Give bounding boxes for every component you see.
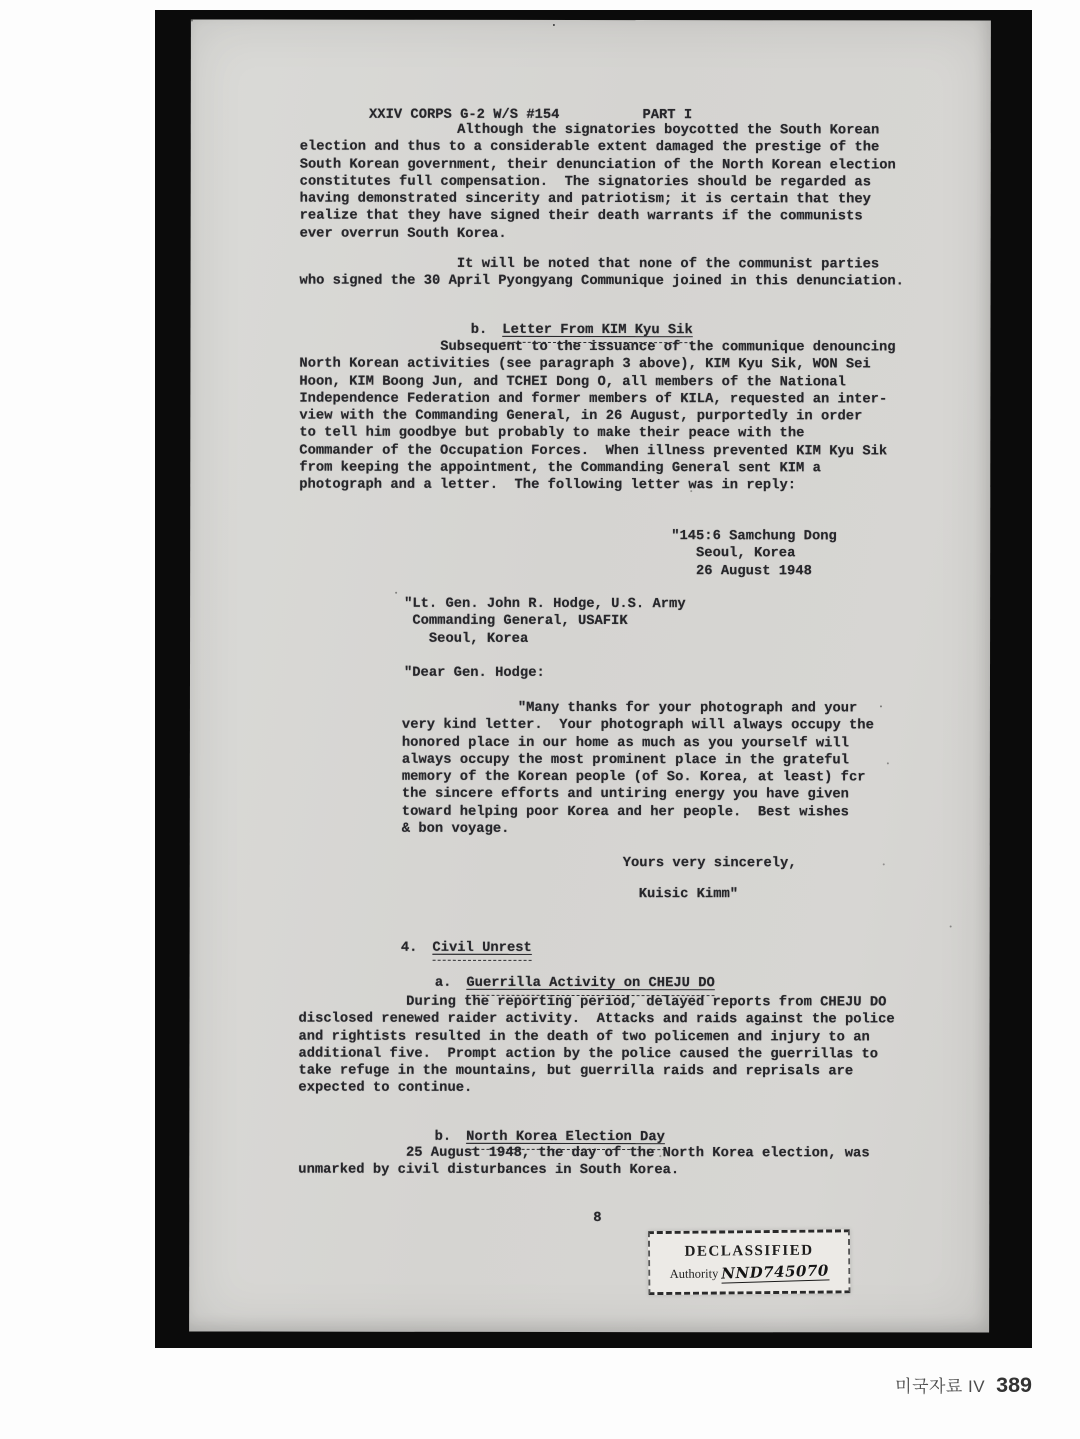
scan-frame: XXIV CORPS G-2 W/S #154PART I Although t… [155, 10, 1032, 1348]
scan-specks [191, 19, 193, 21]
heading-number: 4. [401, 940, 418, 957]
heading-number: b. [471, 322, 488, 339]
letter-signature: Kuisic Kimm" [639, 886, 738, 903]
declassified-stamp: DECLASSIFIED Authority NND745070 [648, 1229, 851, 1295]
book-footer: 미국자료 IV 389 [895, 1372, 1032, 1398]
letter-closing: Yours very sincerely, [623, 855, 797, 873]
letter-salutation: "Dear Gen. Hodge: [404, 665, 545, 682]
declassified-stamp-authority: Authority NND745070 [670, 1262, 829, 1282]
paragraph-election-day: 25 August 1948, the day of the North Kor… [298, 1145, 869, 1180]
paragraph-communist-parties: It will be noted that none of the commun… [300, 256, 904, 291]
document-scan: XXIV CORPS G-2 W/S #154PART I Although t… [189, 19, 991, 1332]
paragraph-signatories: Although the signatories boycotted the S… [300, 122, 896, 244]
book-page-number: 389 [996, 1373, 1032, 1398]
page-number: 8 [593, 1210, 601, 1227]
authority-number: NND745070 [721, 1261, 829, 1283]
letter-body: "Many thanks for your photograph and you… [402, 700, 874, 839]
authority-label: Authority [670, 1266, 719, 1281]
heading-number: a. [435, 975, 452, 992]
paragraph-cheju-do: During the reporting period, delayed rep… [298, 994, 894, 1099]
letter-recipient: "Lt. Gen. John R. Hodge, U.S. Army Comma… [404, 596, 686, 648]
book-series-label: 미국자료 IV [895, 1372, 985, 1397]
declassified-stamp-title: DECLASSIFIED [685, 1242, 814, 1260]
book-page: XXIV CORPS G-2 W/S #154PART I Although t… [0, 0, 1080, 1439]
paragraph-subsequent: Subsequent to the issuance of the commun… [299, 339, 895, 496]
letter-address: "145:6 Samchung Dong Seoul, Korea 26 Aug… [671, 528, 837, 580]
